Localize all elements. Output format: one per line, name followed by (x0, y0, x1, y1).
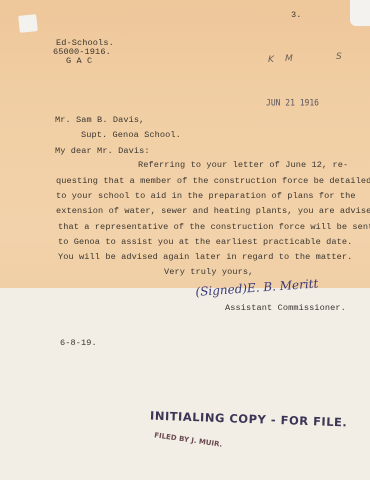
body-line: that a representative of the constructio… (58, 222, 370, 232)
paper-tear (18, 14, 38, 33)
closing: Very truly yours, (164, 267, 253, 277)
body-line: to Genoa to assist you at the earliest p… (58, 237, 352, 247)
initialing-copy-stamp: INITIALING COPY - FOR FILE. (150, 409, 348, 430)
typist-ref: 6-8-19. (60, 338, 97, 348)
pencil-mark-m: M (285, 54, 293, 64)
file-ref-line3: G A C (66, 56, 92, 66)
salutation: My dear Mr. Davis: (55, 146, 150, 156)
page-number: 3. (291, 10, 302, 20)
filed-stamp: FILED BY J. MUIR. (154, 431, 223, 448)
recipient-title: Supt. Genoa School. (81, 130, 181, 140)
paper-tear-corner (350, 0, 370, 26)
body-line: You will be advised again later in regar… (58, 252, 352, 262)
body-line: Referring to your letter of June 12, re- (138, 160, 348, 170)
signer-title: Assistant Commissioner. (225, 303, 346, 313)
letter-page: 3. Ed-Schools. 65000-1916. G A C K M S J… (0, 0, 370, 480)
recipient-name: Mr. Sam B. Davis, (55, 115, 144, 125)
body-line: questing that a member of the constructi… (56, 176, 370, 186)
date-stamp: JUN 21 1916 (266, 97, 319, 107)
body-line: extension of water, sewer and heating pl… (56, 206, 370, 216)
pencil-mark-s: S (336, 52, 342, 62)
pencil-mark-k: K (268, 55, 274, 65)
body-line: to your school to aid in the preparation… (56, 191, 356, 201)
